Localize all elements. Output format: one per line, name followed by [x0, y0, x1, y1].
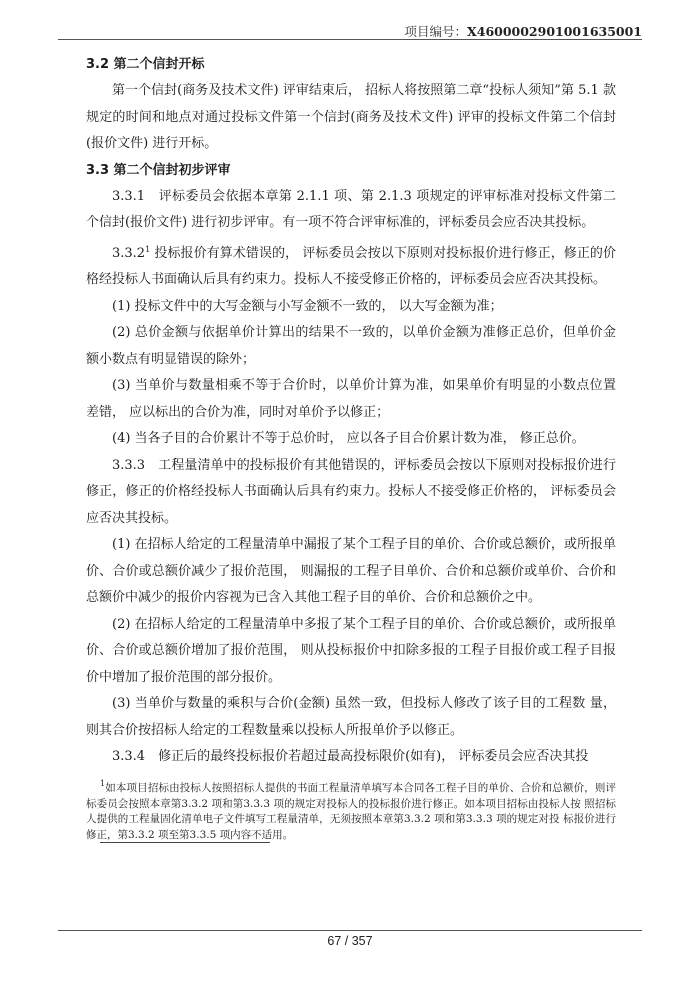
list-item-1: (1) 投标文件中的大写金额与小写金额不一致的， 以大写金额为准；	[86, 294, 616, 321]
document-header: 项目编号：X4600002901001635001	[405, 22, 642, 40]
section-heading-3-2: 3.2 第二个信封开标	[86, 52, 616, 78]
clause-number: 3.3.2	[112, 246, 145, 261]
header-divider	[58, 39, 642, 40]
list-item-3b: (3) 当单价与数量的乘积与合价(金额) 虽然一致，但投标人修改了该子目的工程数…	[86, 691, 616, 744]
paragraph-3-3-3: 3.3.3 工程量清单中的投标报价有其他错误的，评标委员会按以下原则对投标报价进…	[86, 453, 616, 533]
paragraph-3-3-1: 3.3.1 评标委员会依据本章第 2.1.1 项、第 2.1.3 项规定的评审标…	[86, 184, 616, 237]
footnote-divider	[100, 842, 270, 843]
paragraph-3-3-4: 3.3.4 修正后的最终投标报价若超过最高投标限价(如有)， 评标委员会应否决其…	[86, 744, 616, 771]
list-item-1b: (1) 在招标人给定的工程量清单中漏报了某个工程子目的单价、合价或总额价，或所报…	[86, 532, 616, 612]
footnote: 1如本项目招标由投标人按照招标人提供的书面工程量清单填写本合同各工程子目的单价、…	[86, 776, 616, 843]
project-code-label: 项目编号：	[405, 24, 468, 39]
project-code: X4600002901001635001	[467, 24, 642, 39]
list-item-3: (3) 当单价与数量相乘不等于合价时，以单价计算为准，如果单价有明显的小数点位置…	[86, 373, 616, 426]
list-item-2: (2) 总价金额与依据单价计算出的结果不一致的，以单价金额为准修正总价，但单价金…	[86, 320, 616, 373]
footer-divider	[58, 930, 642, 931]
list-item-2b: (2) 在招标人给定的工程量清单中多报了某个工程子目的单价、合价或总额价，或所报…	[86, 612, 616, 692]
paragraph-3-3-2: 3.3.21 投标报价有算术错误的， 评标委员会按以下原则对投标报价进行修正，修…	[86, 237, 616, 294]
section-heading-3-3: 3.3 第二个信封初步评审	[86, 158, 616, 184]
page-indicator: 67 / 357	[0, 934, 700, 948]
page-body: 3.2 第二个信封开标 第一个信封(商务及技术文件) 评审结束后， 招标人将按照…	[86, 52, 616, 771]
footnote-text: 如本项目招标由投标人按照招标人提供的书面工程量清单填写本合同各工程子目的单价、合…	[86, 782, 616, 841]
clause-text: 投标报价有算术错误的， 评标委员会按以下原则对投标报价进行修正，修正的价格经投标…	[86, 246, 616, 288]
paragraph-3-2: 第一个信封(商务及技术文件) 评审结束后， 招标人将按照第二章“投标人须知”第 …	[86, 78, 616, 158]
footnote-reference[interactable]: 1	[145, 245, 150, 254]
list-item-4: (4) 当各子目的合价累计不等于总价时， 应以各子目合价累计数为准， 修正总价。	[86, 426, 616, 453]
